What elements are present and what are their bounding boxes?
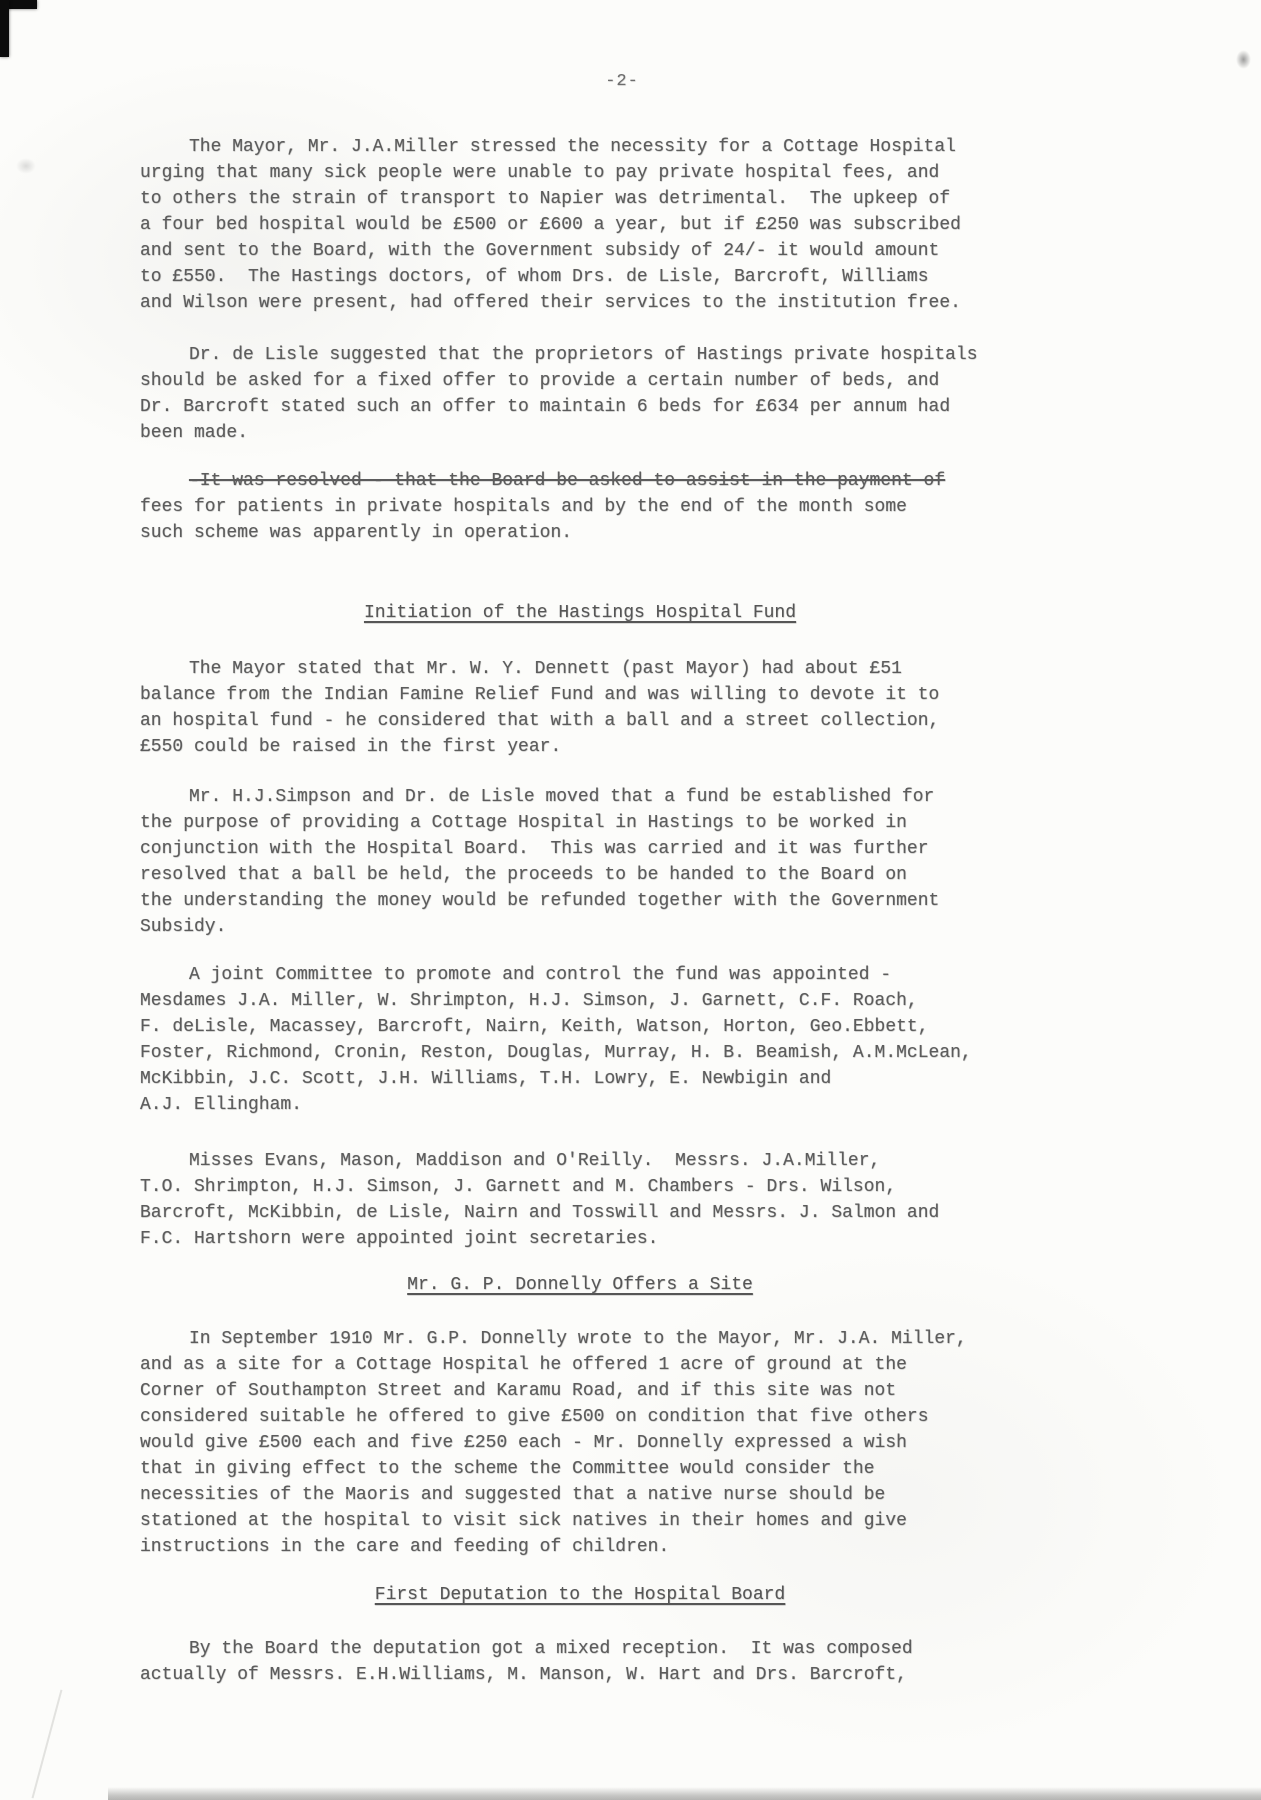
- para-resolution: -It was resolved - that the Board be ask…: [140, 468, 1040, 546]
- typewritten-text-layer: -2- The Mayor, Mr. J.A.Miller stressed t…: [0, 0, 1261, 1800]
- heading-first-deputation: First Deputation to the Hospital Board: [140, 1582, 1020, 1608]
- para-donnelly-offer: In September 1910 Mr. G.P. Donnelly wrot…: [140, 1326, 1040, 1560]
- para-dennett-balance: The Mayor stated that Mr. W. Y. Dennett …: [140, 656, 1040, 760]
- para-simpson-fund-motion: Mr. H.J.Simpson and Dr. de Lisle moved t…: [140, 784, 1040, 940]
- resolution-continuation: fees for patients in private hospitals a…: [140, 497, 907, 543]
- heading-initiation-of-fund: Initiation of the Hastings Hospital Fund: [140, 600, 1020, 626]
- para-joint-committee-list: A joint Committee to promote and control…: [140, 962, 1040, 1118]
- scanned-document-page: -2- The Mayor, Mr. J.A.Miller stressed t…: [0, 0, 1261, 1800]
- page-number: -2-: [0, 72, 1244, 91]
- resolution-struck-line: -It was resolved - that the Board be ask…: [189, 471, 945, 491]
- para-joint-secretaries: Misses Evans, Mason, Maddison and O'Reil…: [140, 1148, 1040, 1252]
- para-deputation-reception: By the Board the deputation got a mixed …: [140, 1636, 1040, 1688]
- para-de-lisle-suggestion: Dr. de Lisle suggested that the propriet…: [140, 342, 1040, 446]
- heading-donnelly-offers-site: Mr. G. P. Donnelly Offers a Site: [140, 1272, 1020, 1298]
- para-mayor-cottage-hospital: The Mayor, Mr. J.A.Miller stressed the n…: [140, 134, 1040, 316]
